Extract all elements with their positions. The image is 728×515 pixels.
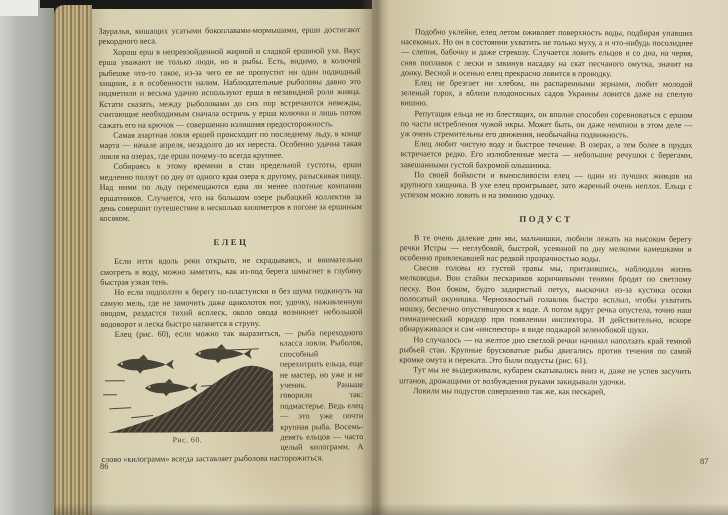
section-heading-elets: ЕЛЕЦ: [100, 236, 362, 248]
paragraph: Тут мы не выдерживали, кубарем скатывали…: [399, 366, 691, 388]
paragraph: Репутация ельца не из блестящих, он впол…: [400, 109, 692, 141]
paragraph: Зауралья, кишащих усатыми бокоплавами-мо…: [98, 25, 360, 48]
paragraph: Ловили мы подустов совершенно так же, ка…: [399, 386, 691, 398]
paragraph-with-figure: Елец (рис. 60), если можно так выразитьс…: [101, 328, 364, 465]
book-scan: Зауралья, кишащих усатыми бокоплавами-мо…: [0, 0, 728, 515]
left-page-text-column: Зауралья, кишащих усатыми бокоплавами-мо…: [98, 25, 363, 465]
figure-paragraph-lead: Елец (рис. 60), если можно так выразитьс…: [115, 328, 315, 338]
fish-illustration-icon: [101, 342, 274, 433]
paragraph: Хорош ерш в непревзойденной жирной и сла…: [99, 46, 362, 131]
binding-gutter-shadow: [360, 0, 390, 515]
paragraph: В те очень далекие дни мы, мальчишки, лю…: [400, 233, 692, 265]
figure-caption: Рис. 60.: [101, 435, 273, 447]
section-heading-podust: ПОДУСТ: [400, 214, 692, 226]
right-page-text-column: Подобно уклейке, елец летом оживляет пов…: [399, 27, 693, 397]
page-edge-stack: [54, 5, 92, 515]
page-number-right: 87: [700, 457, 708, 466]
page-number-left: 86: [100, 462, 108, 471]
paragraph: Елец не брезгает ни хлебом, ни распаренн…: [401, 78, 693, 110]
dace-fish-figure: Рис. 60.: [101, 342, 274, 447]
scanner-background: [0, 0, 54, 515]
scanner-corner-highlight: [0, 0, 38, 16]
paragraph: Но если подползти к берегу по-пластунски…: [100, 286, 362, 329]
paragraph: Свесив головы из густой травы мы, притаи…: [399, 264, 691, 337]
paragraph: Собираясь к этому времени в стаи предель…: [99, 160, 361, 224]
paragraph: Самая азартная ловля ершей происходит по…: [99, 129, 361, 162]
scan-bottom-shadow: [54, 503, 728, 515]
paragraph: По своей бойкости и выносливости елец — …: [400, 170, 692, 202]
paragraph: Но случалось — на желтое дно светлой реч…: [399, 335, 691, 367]
paragraph: Елец любит чистую воду и быстрое течение…: [400, 139, 692, 171]
paragraph: Если итти вдоль реки открыто, не скрадыв…: [100, 255, 362, 288]
paragraph: Подобно уклейке, елец летом оживляет пов…: [401, 27, 693, 80]
